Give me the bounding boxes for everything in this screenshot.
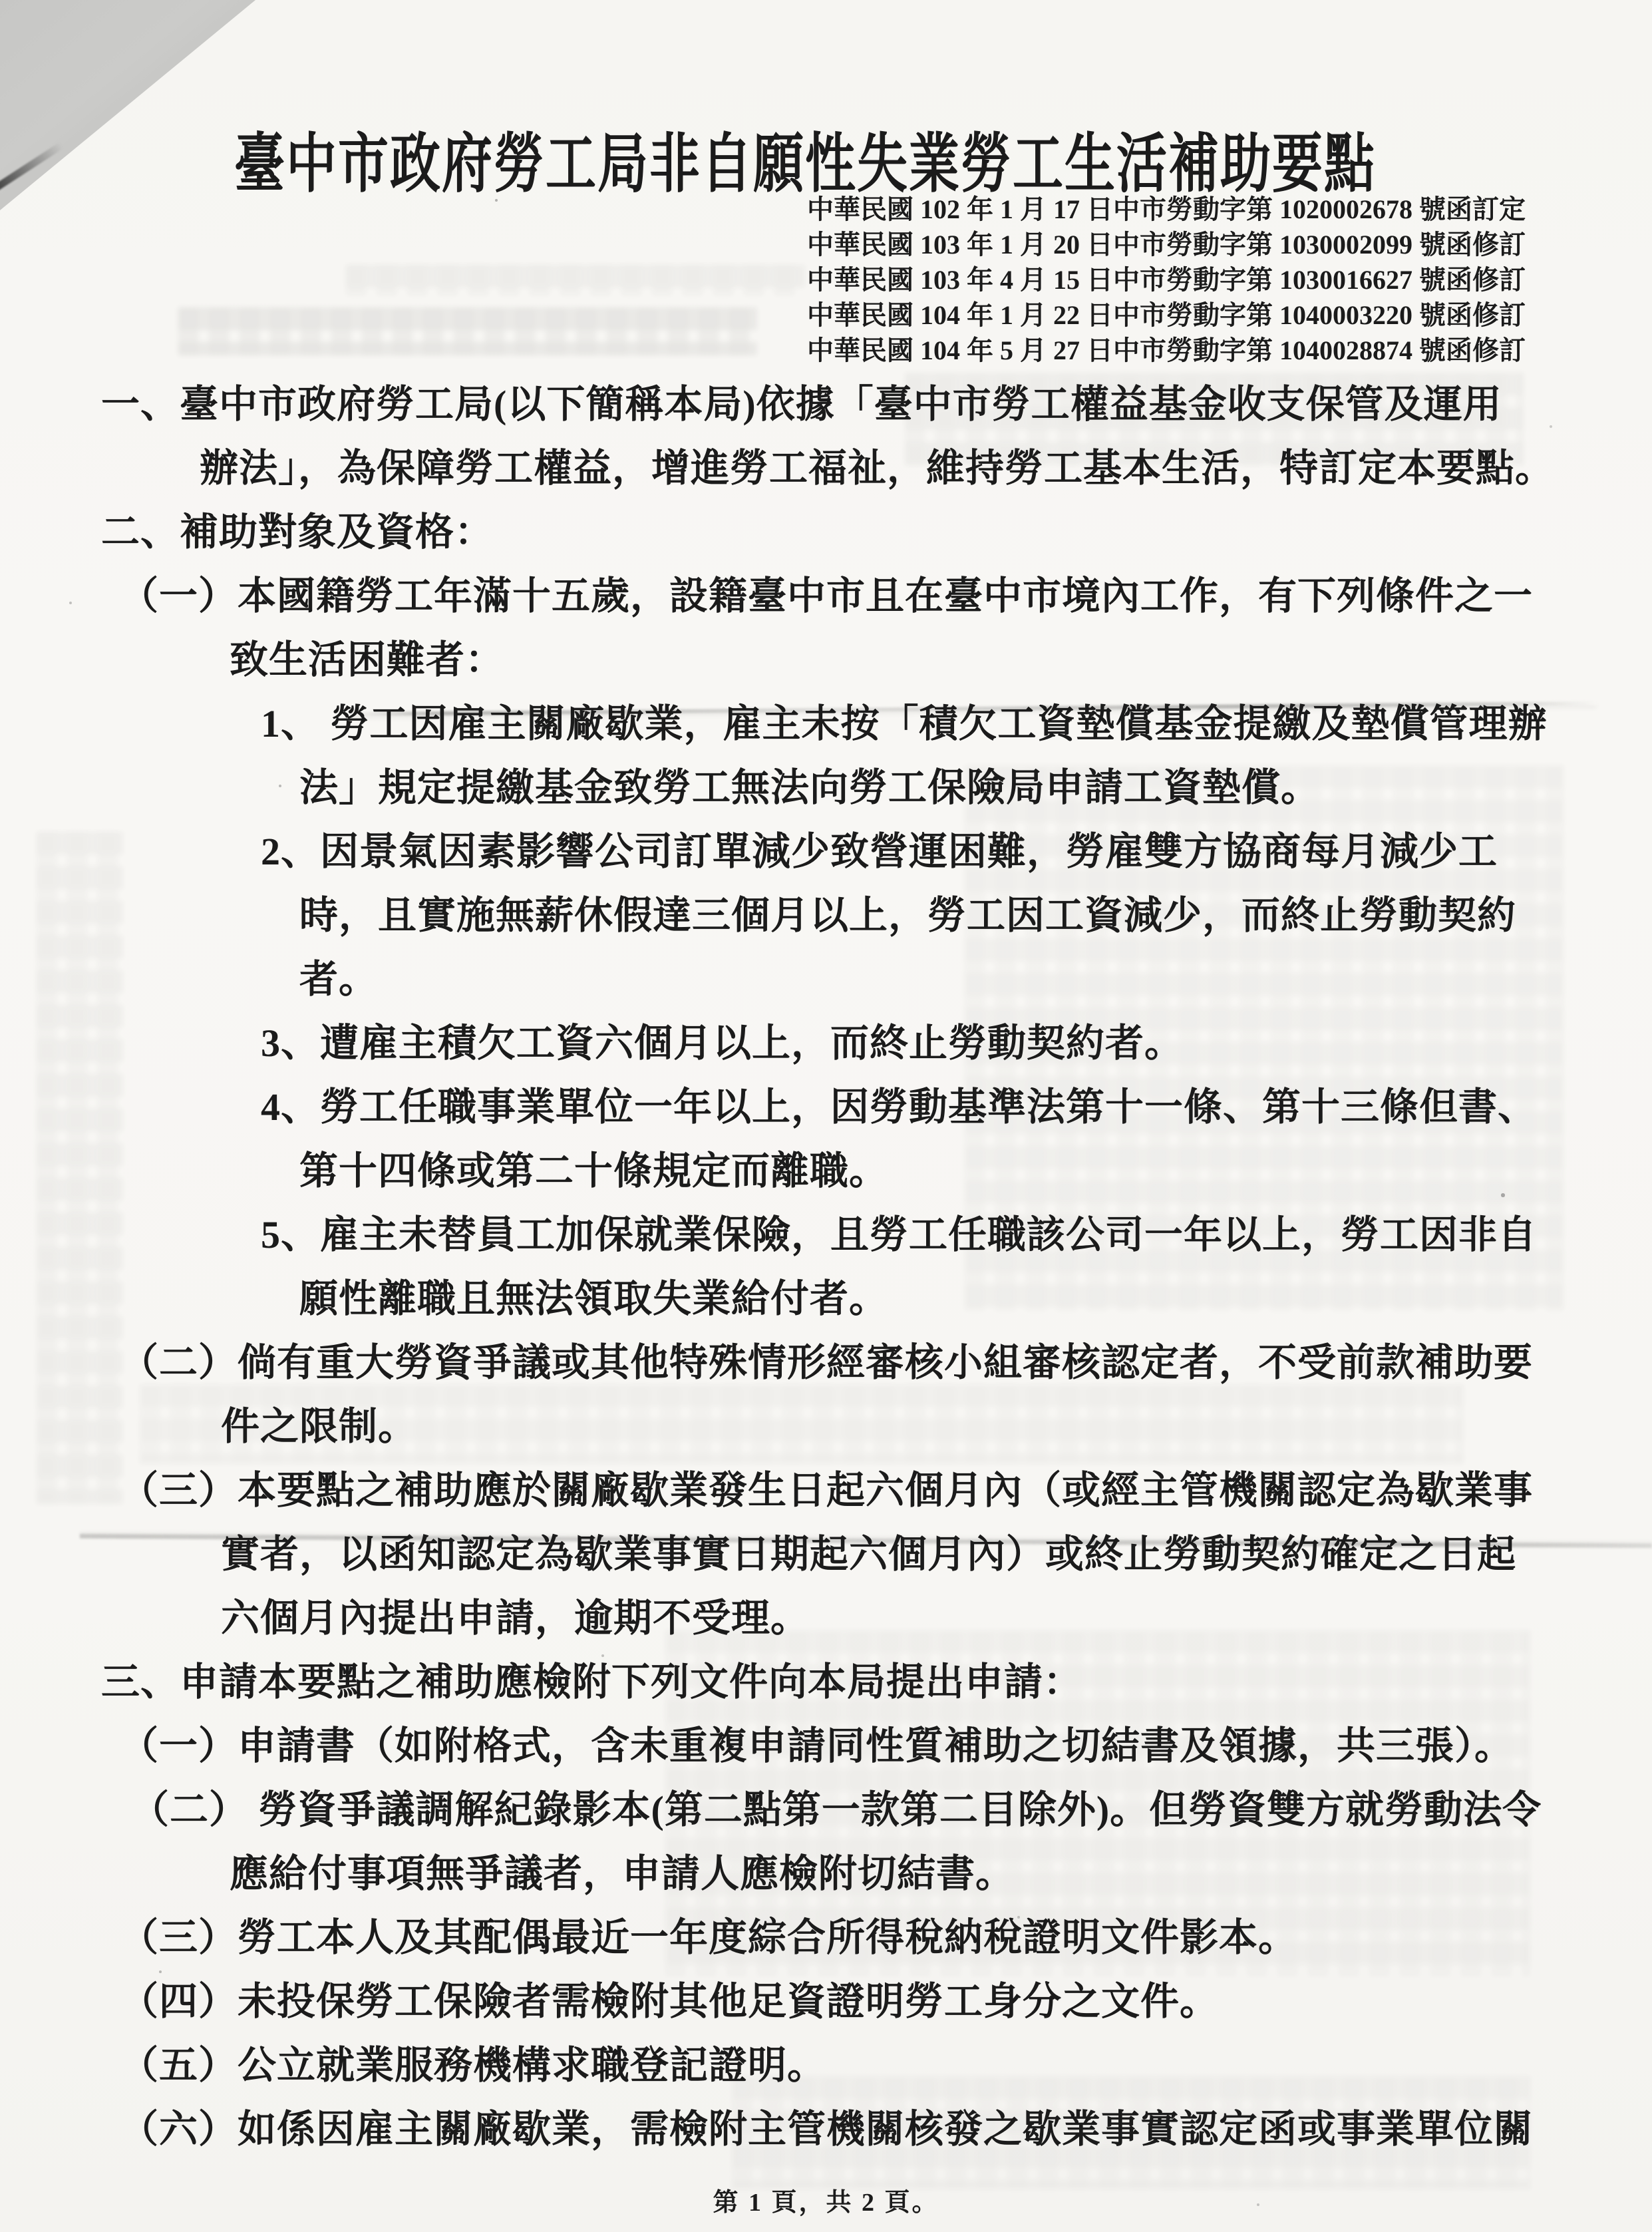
page-number: 第 1 頁，共 2 頁。 [0, 2181, 1652, 2218]
document-body: 一、臺中市政府勞工局(以下簡稱本局)依據「臺中市勞工權益基金收支保管及運用辦法」… [0, 373, 1652, 2161]
ink-bleedthrough-smudge [178, 307, 757, 355]
revision-line: 中華民國 103 年 4 月 15 日中市勞動字第 1030016627 號函修… [807, 262, 1526, 297]
body-line: （三）本要點之補助應於關廠歇業發生日起六個月內（或經主管機關認定為歇業事 [0, 1459, 1652, 1523]
body-line: （六）如係因雇主關廠歇業，需檢附主管機關核發之歇業事實認定函或事業單位關 [0, 2098, 1652, 2161]
body-line: 者。 [0, 948, 1652, 1012]
revision-history: 中華民國 102 年 1 月 17 日中市勞動字第 1020002678 號函訂… [807, 192, 1526, 368]
body-line: 法」規定提繳基金致勞工無法向勞工保險局申請工資墊償。 [0, 756, 1652, 820]
body-line: 致生活困難者： [0, 628, 1652, 692]
body-line: 3、遭雇主積欠工資六個月以上，而終止勞動契約者。 [0, 1012, 1652, 1075]
body-line: （五）公立就業服務機構求職登記證明。 [0, 2034, 1652, 2098]
body-line: 5、雇主未替員工加保就業保險，且勞工任職該公司一年以上，勞工因非自 [0, 1203, 1652, 1267]
body-line: （一）申請書（如附格式，含未重複申請同性質補助之切結書及領據，共三張）。 [0, 1714, 1652, 1778]
body-line: 一、臺中市政府勞工局(以下簡稱本局)依據「臺中市勞工權益基金收支保管及運用 [0, 373, 1652, 437]
body-line: 件之限制。 [0, 1395, 1652, 1459]
body-line: （二）倘有重大勞資爭議或其他特殊情形經審核小組審核認定者，不受前款補助要 [0, 1331, 1652, 1395]
document-title: 臺中市政府勞工局非自願性失業勞工生活補助要點 [0, 112, 1610, 205]
body-line: 2、因景氣因素影響公司訂單減少致營運困難，勞雇雙方協商每月減少工 [0, 820, 1652, 884]
body-line: 4、勞工任職事業單位一年以上，因勞動基準法第十一條、第十三條但書、 [0, 1075, 1652, 1139]
body-line: 時，且實施無薪休假達三個月以上，勞工因工資減少，而終止勞動契約 [0, 884, 1652, 948]
body-line: 應給付事項無爭議者，申請人應檢附切結書。 [0, 1842, 1652, 1906]
scan-specks [0, 0, 1, 1]
body-line: 二、補助對象及資格： [0, 500, 1652, 564]
ink-bleedthrough-smudge [346, 265, 805, 295]
body-line: （一）本國籍勞工年滿十五歲，設籍臺中市且在臺中市境內工作，有下列條件之一 [0, 564, 1652, 628]
revision-line: 中華民國 104 年 1 月 22 日中市勞動字第 1040003220 號函修… [807, 297, 1526, 333]
revision-line: 中華民國 104 年 5 月 27 日中市勞動字第 1040028874 號函修… [807, 333, 1526, 368]
scanned-document-page: 臺中市政府勞工局非自願性失業勞工生活補助要點 中華民國 102 年 1 月 17… [0, 0, 1652, 2232]
body-line: 第十四條或第二十條規定而離職。 [0, 1139, 1652, 1203]
revision-line: 中華民國 102 年 1 月 17 日中市勞動字第 1020002678 號函訂… [807, 192, 1526, 227]
body-line: （二） 勞資爭議調解紀錄影本(第二點第一款第二目除外)。但勞資雙方就勞動法令 [0, 1778, 1652, 1842]
body-line: （三）勞工本人及其配偶最近一年度綜合所得稅納稅證明文件影本。 [0, 1906, 1652, 1970]
body-line: 1、 勞工因雇主關廠歇業，雇主未按「積欠工資墊償基金提繳及墊償管理辦 [0, 692, 1652, 756]
body-line: 實者，以函知認定為歇業事實日期起六個月內）或終止勞動契約確定之日起 [0, 1523, 1652, 1586]
body-line: 六個月內提出申請，逾期不受理。 [0, 1586, 1652, 1650]
body-line: 願性離職且無法領取失業給付者。 [0, 1267, 1652, 1331]
revision-line: 中華民國 103 年 1 月 20 日中市勞動字第 1030002099 號函修… [807, 227, 1526, 262]
body-line: 三、申請本要點之補助應檢附下列文件向本局提出申請： [0, 1650, 1652, 1714]
body-line: 辦法」，為保障勞工權益，增進勞工福祉，維持勞工基本生活，特訂定本要點。 [0, 437, 1652, 500]
body-line: （四）未投保勞工保險者需檢附其他足資證明勞工身分之文件。 [0, 1970, 1652, 2034]
